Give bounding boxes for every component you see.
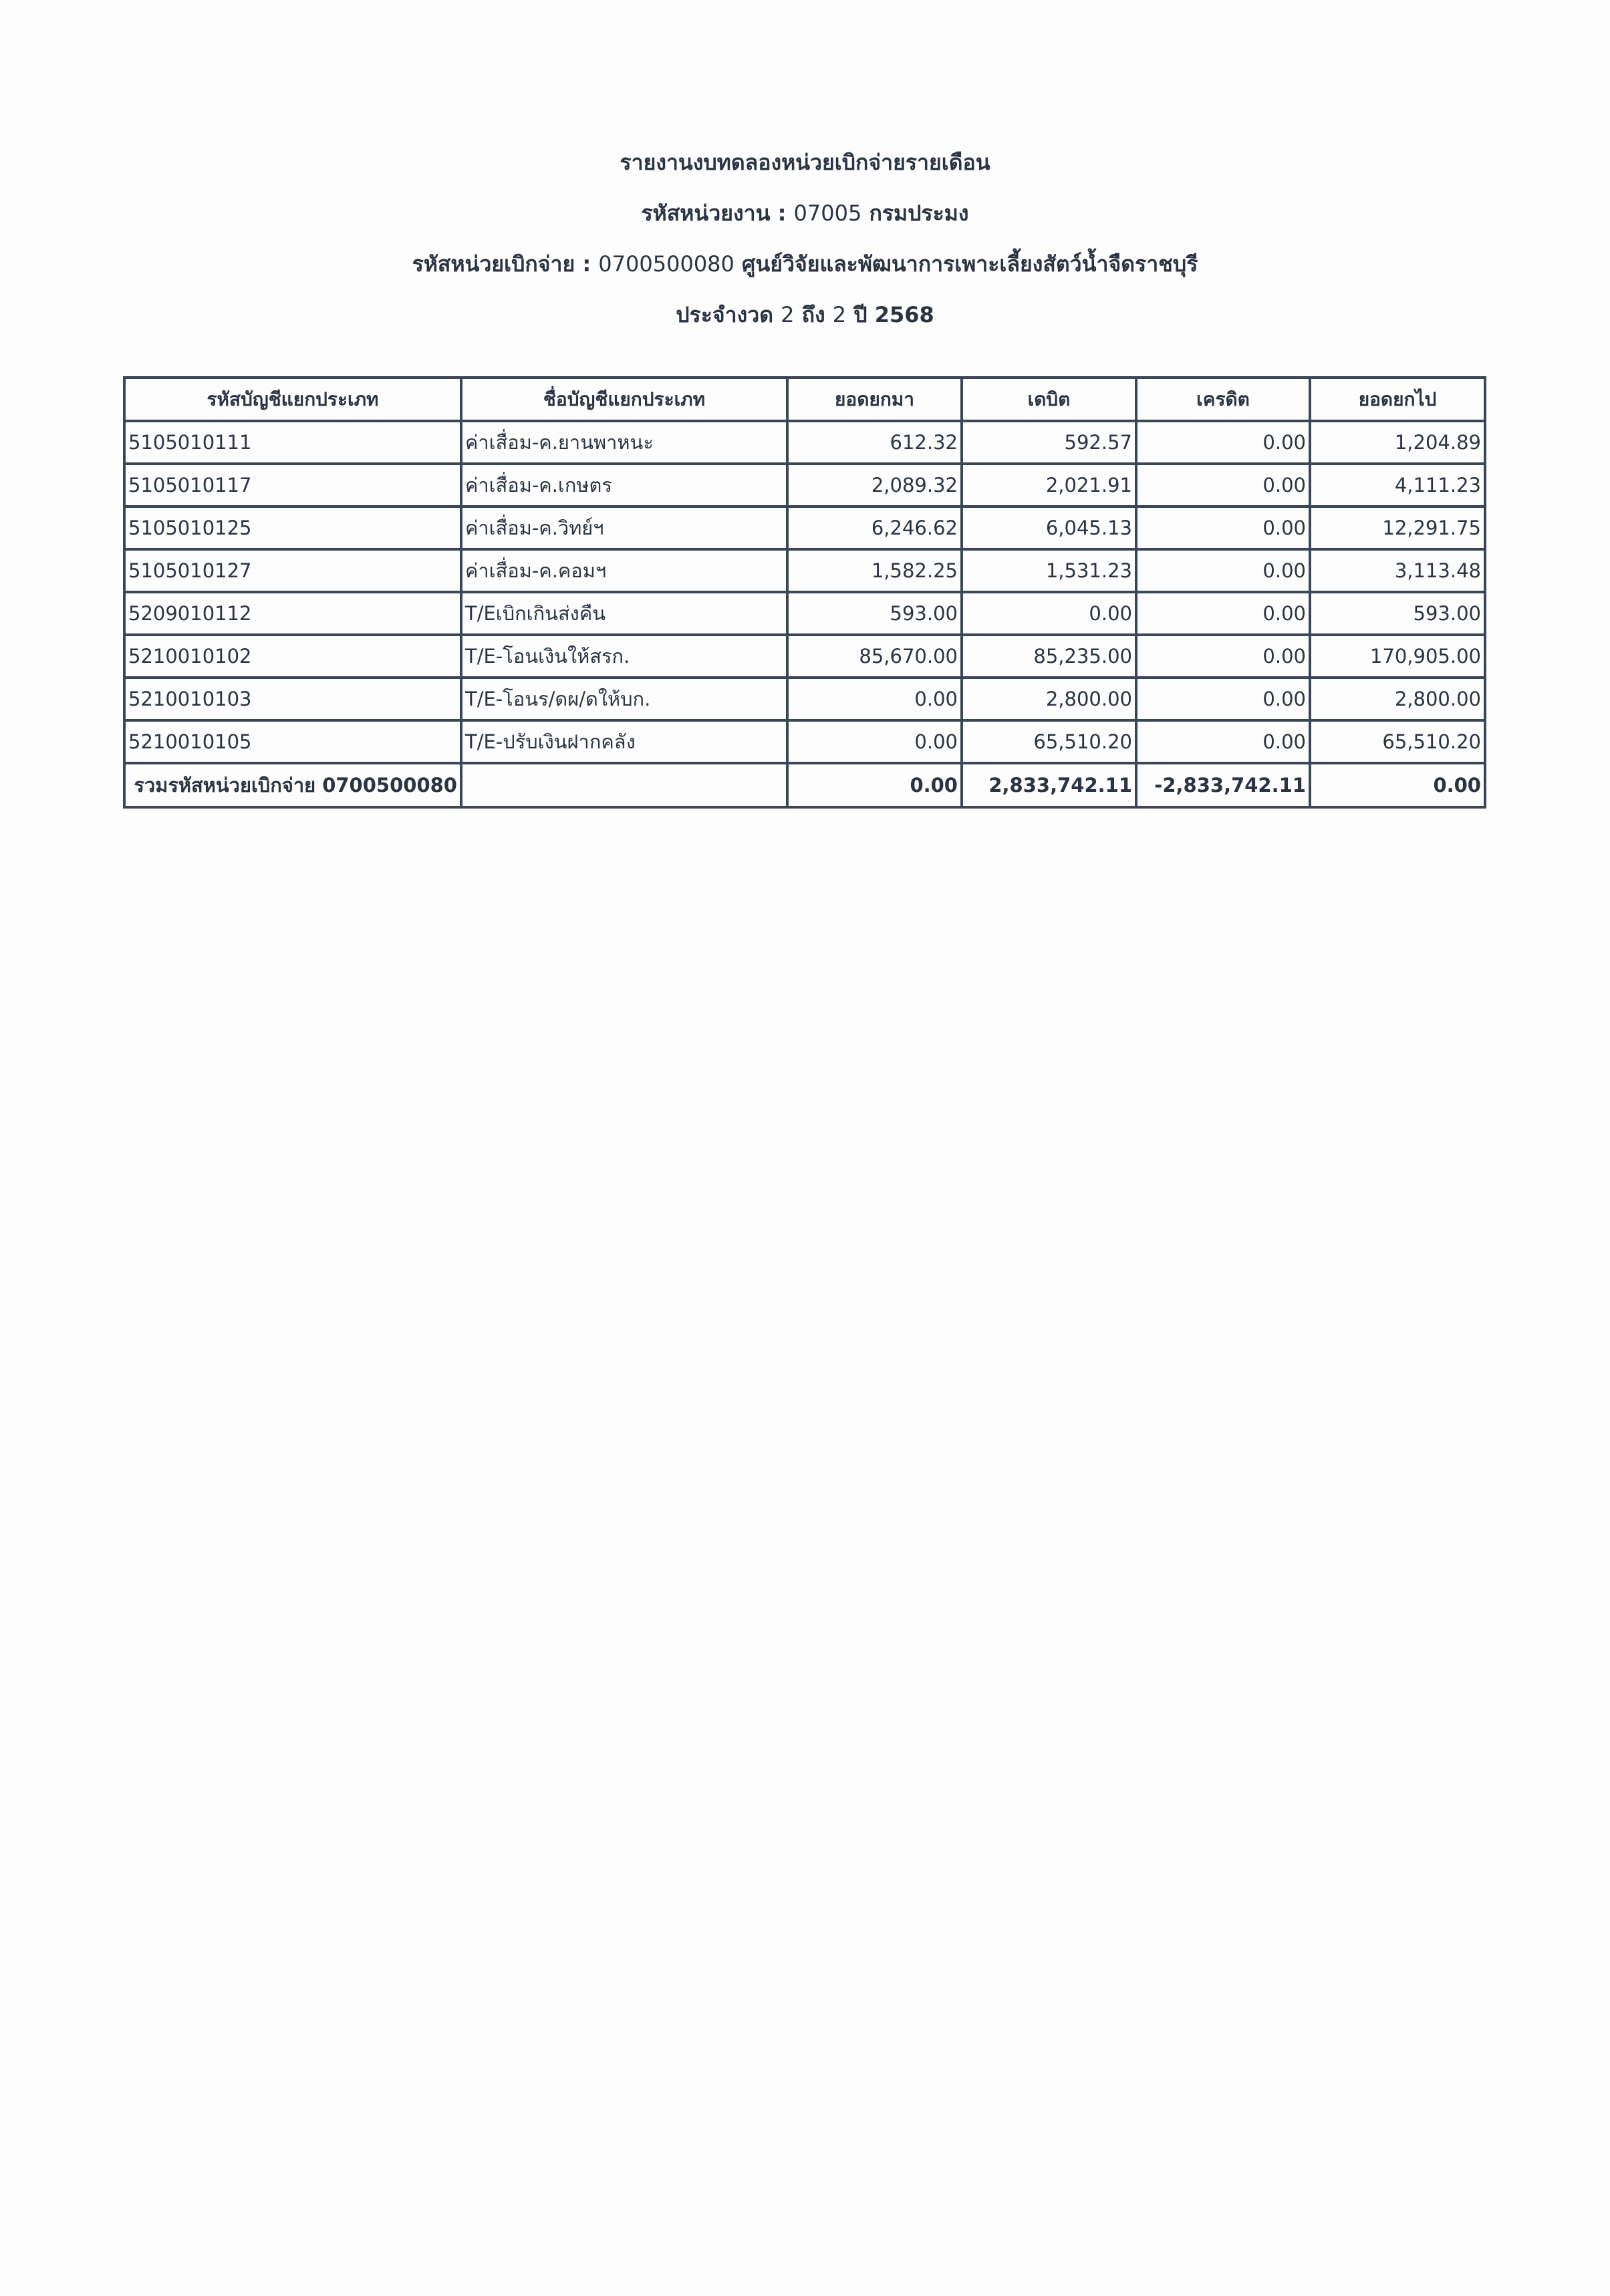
table-row: 5209010112T/Eเบิกเกินส่งคืน593.000.000.0… (124, 592, 1485, 635)
cell-credit: 0.00 (1136, 421, 1310, 464)
period-to: 2 (833, 302, 846, 327)
cell-brought-forward: 6,246.62 (787, 507, 962, 549)
cell-debit: 65,510.20 (962, 720, 1136, 763)
cell-account-name: T/E-โอนเงินให้สรก. (461, 635, 787, 678)
cell-brought-forward: 0.00 (787, 678, 962, 720)
total-carried-forward: 0.00 (1310, 763, 1485, 807)
cell-account-code: 5105010111 (124, 421, 461, 464)
cell-account-name: T/Eเบิกเกินส่งคืน (461, 592, 787, 635)
header-account-name: ชื่อบัญชีแยกประเภท (461, 378, 787, 421)
cell-debit: 1,531.23 (962, 549, 1136, 592)
year: 2568 (875, 302, 934, 327)
cell-brought-forward: 2,089.32 (787, 464, 962, 507)
table-header-row: รหัสบัญชีแยกประเภท ชื่อบัญชีแยกประเภท ยอ… (124, 378, 1485, 421)
period-to-label: ถึง (802, 302, 825, 327)
table-row: 5210010102T/E-โอนเงินให้สรก.85,670.0085,… (124, 635, 1485, 678)
total-brought-forward: 0.00 (787, 763, 962, 807)
table-row: 5105010127ค่าเสื่อม-ค.คอมฯ1,582.251,531.… (124, 549, 1485, 592)
cell-carried-forward: 2,800.00 (1310, 678, 1485, 720)
disbursing-code: 0700500080 (598, 251, 734, 277)
table-row: 5105010111ค่าเสื่อม-ค.ยานพาหนะ612.32592.… (124, 421, 1485, 464)
cell-credit: 0.00 (1136, 549, 1310, 592)
disbursing-name: ศูนย์วิจัยและพัฒนาการเพาะเลี้ยงสัตว์น้ำจ… (742, 251, 1198, 277)
header-carried-forward: ยอดยกไป (1310, 378, 1485, 421)
cell-carried-forward: 593.00 (1310, 592, 1485, 635)
header-debit: เดบิต (962, 378, 1136, 421)
cell-credit: 0.00 (1136, 720, 1310, 763)
total-credit: -2,833,742.11 (1136, 763, 1310, 807)
cell-account-name: ค่าเสื่อม-ค.วิทย์ฯ (461, 507, 787, 549)
cell-credit: 0.00 (1136, 635, 1310, 678)
cell-debit: 85,235.00 (962, 635, 1136, 678)
table-row: 5210010103T/E-โอนร/ดผ/ดให้บก.0.002,800.0… (124, 678, 1485, 720)
cell-account-name: T/E-โอนร/ดผ/ดให้บก. (461, 678, 787, 720)
cell-carried-forward: 1,204.89 (1310, 421, 1485, 464)
cell-credit: 0.00 (1136, 464, 1310, 507)
total-row: รวมรหัสหน่วยเบิกจ่าย 0700500080 0.00 2,8… (124, 763, 1485, 807)
cell-debit: 2,021.91 (962, 464, 1136, 507)
cell-account-code: 5210010102 (124, 635, 461, 678)
table-row: 5210010105T/E-ปรับเงินฝากคลัง0.0065,510.… (124, 720, 1485, 763)
cell-account-code: 5210010103 (124, 678, 461, 720)
disbursing-label: รหัสหน่วยเบิกจ่าย : (412, 251, 591, 277)
year-label: ปี (853, 302, 867, 327)
header-credit: เครดิต (1136, 378, 1310, 421)
cell-brought-forward: 1,582.25 (787, 549, 962, 592)
cell-account-name: ค่าเสื่อม-ค.เกษตร (461, 464, 787, 507)
cell-credit: 0.00 (1136, 507, 1310, 549)
agency-line: รหัสหน่วยงาน : 07005 กรมประมง (0, 188, 1610, 239)
header-account-code: รหัสบัญชีแยกประเภท (124, 378, 461, 421)
total-name (461, 763, 787, 807)
cell-debit: 2,800.00 (962, 678, 1136, 720)
cell-account-name: ค่าเสื่อม-ค.คอมฯ (461, 549, 787, 592)
cell-account-code: 5105010125 (124, 507, 461, 549)
total-debit: 2,833,742.11 (962, 763, 1136, 807)
cell-credit: 0.00 (1136, 592, 1310, 635)
report-header: รายงานงบทดลองหน่วยเบิกจ่ายรายเดือน รหัสห… (0, 137, 1610, 340)
cell-account-code: 5105010117 (124, 464, 461, 507)
cell-account-code: 5105010127 (124, 549, 461, 592)
cell-brought-forward: 612.32 (787, 421, 962, 464)
disbursing-unit-line: รหัสหน่วยเบิกจ่าย : 0700500080 ศูนย์วิจั… (0, 239, 1610, 289)
cell-account-code: 5209010112 (124, 592, 461, 635)
table-row: 5105010125ค่าเสื่อม-ค.วิทย์ฯ6,246.626,04… (124, 507, 1485, 549)
cell-credit: 0.00 (1136, 678, 1310, 720)
cell-carried-forward: 12,291.75 (1310, 507, 1485, 549)
agency-code: 07005 (794, 200, 862, 226)
period-line: ประจำงวด 2 ถึง 2 ปี 2568 (0, 289, 1610, 340)
cell-carried-forward: 4,111.23 (1310, 464, 1485, 507)
agency-name: กรมประมง (869, 200, 968, 226)
table-row: 5105010117ค่าเสื่อม-ค.เกษตร2,089.322,021… (124, 464, 1485, 507)
cell-carried-forward: 65,510.20 (1310, 720, 1485, 763)
period-from: 2 (781, 302, 794, 327)
cell-debit: 6,045.13 (962, 507, 1136, 549)
cell-brought-forward: 0.00 (787, 720, 962, 763)
cell-debit: 592.57 (962, 421, 1136, 464)
cell-brought-forward: 85,670.00 (787, 635, 962, 678)
cell-carried-forward: 3,113.48 (1310, 549, 1485, 592)
report-title: รายงานงบทดลองหน่วยเบิกจ่ายรายเดือน (0, 137, 1610, 188)
cell-carried-forward: 170,905.00 (1310, 635, 1485, 678)
cell-account-name: ค่าเสื่อม-ค.ยานพาหนะ (461, 421, 787, 464)
period-label: ประจำงวด (676, 302, 773, 327)
total-label: รวมรหัสหน่วยเบิกจ่าย 0700500080 (124, 763, 461, 807)
cell-account-code: 5210010105 (124, 720, 461, 763)
cell-account-name: T/E-ปรับเงินฝากคลัง (461, 720, 787, 763)
agency-label: รหัสหน่วยงาน : (641, 200, 786, 226)
header-brought-forward: ยอดยกมา (787, 378, 962, 421)
cell-debit: 0.00 (962, 592, 1136, 635)
trial-balance-table: รหัสบัญชีแยกประเภท ชื่อบัญชีแยกประเภท ยอ… (123, 376, 1486, 809)
cell-brought-forward: 593.00 (787, 592, 962, 635)
